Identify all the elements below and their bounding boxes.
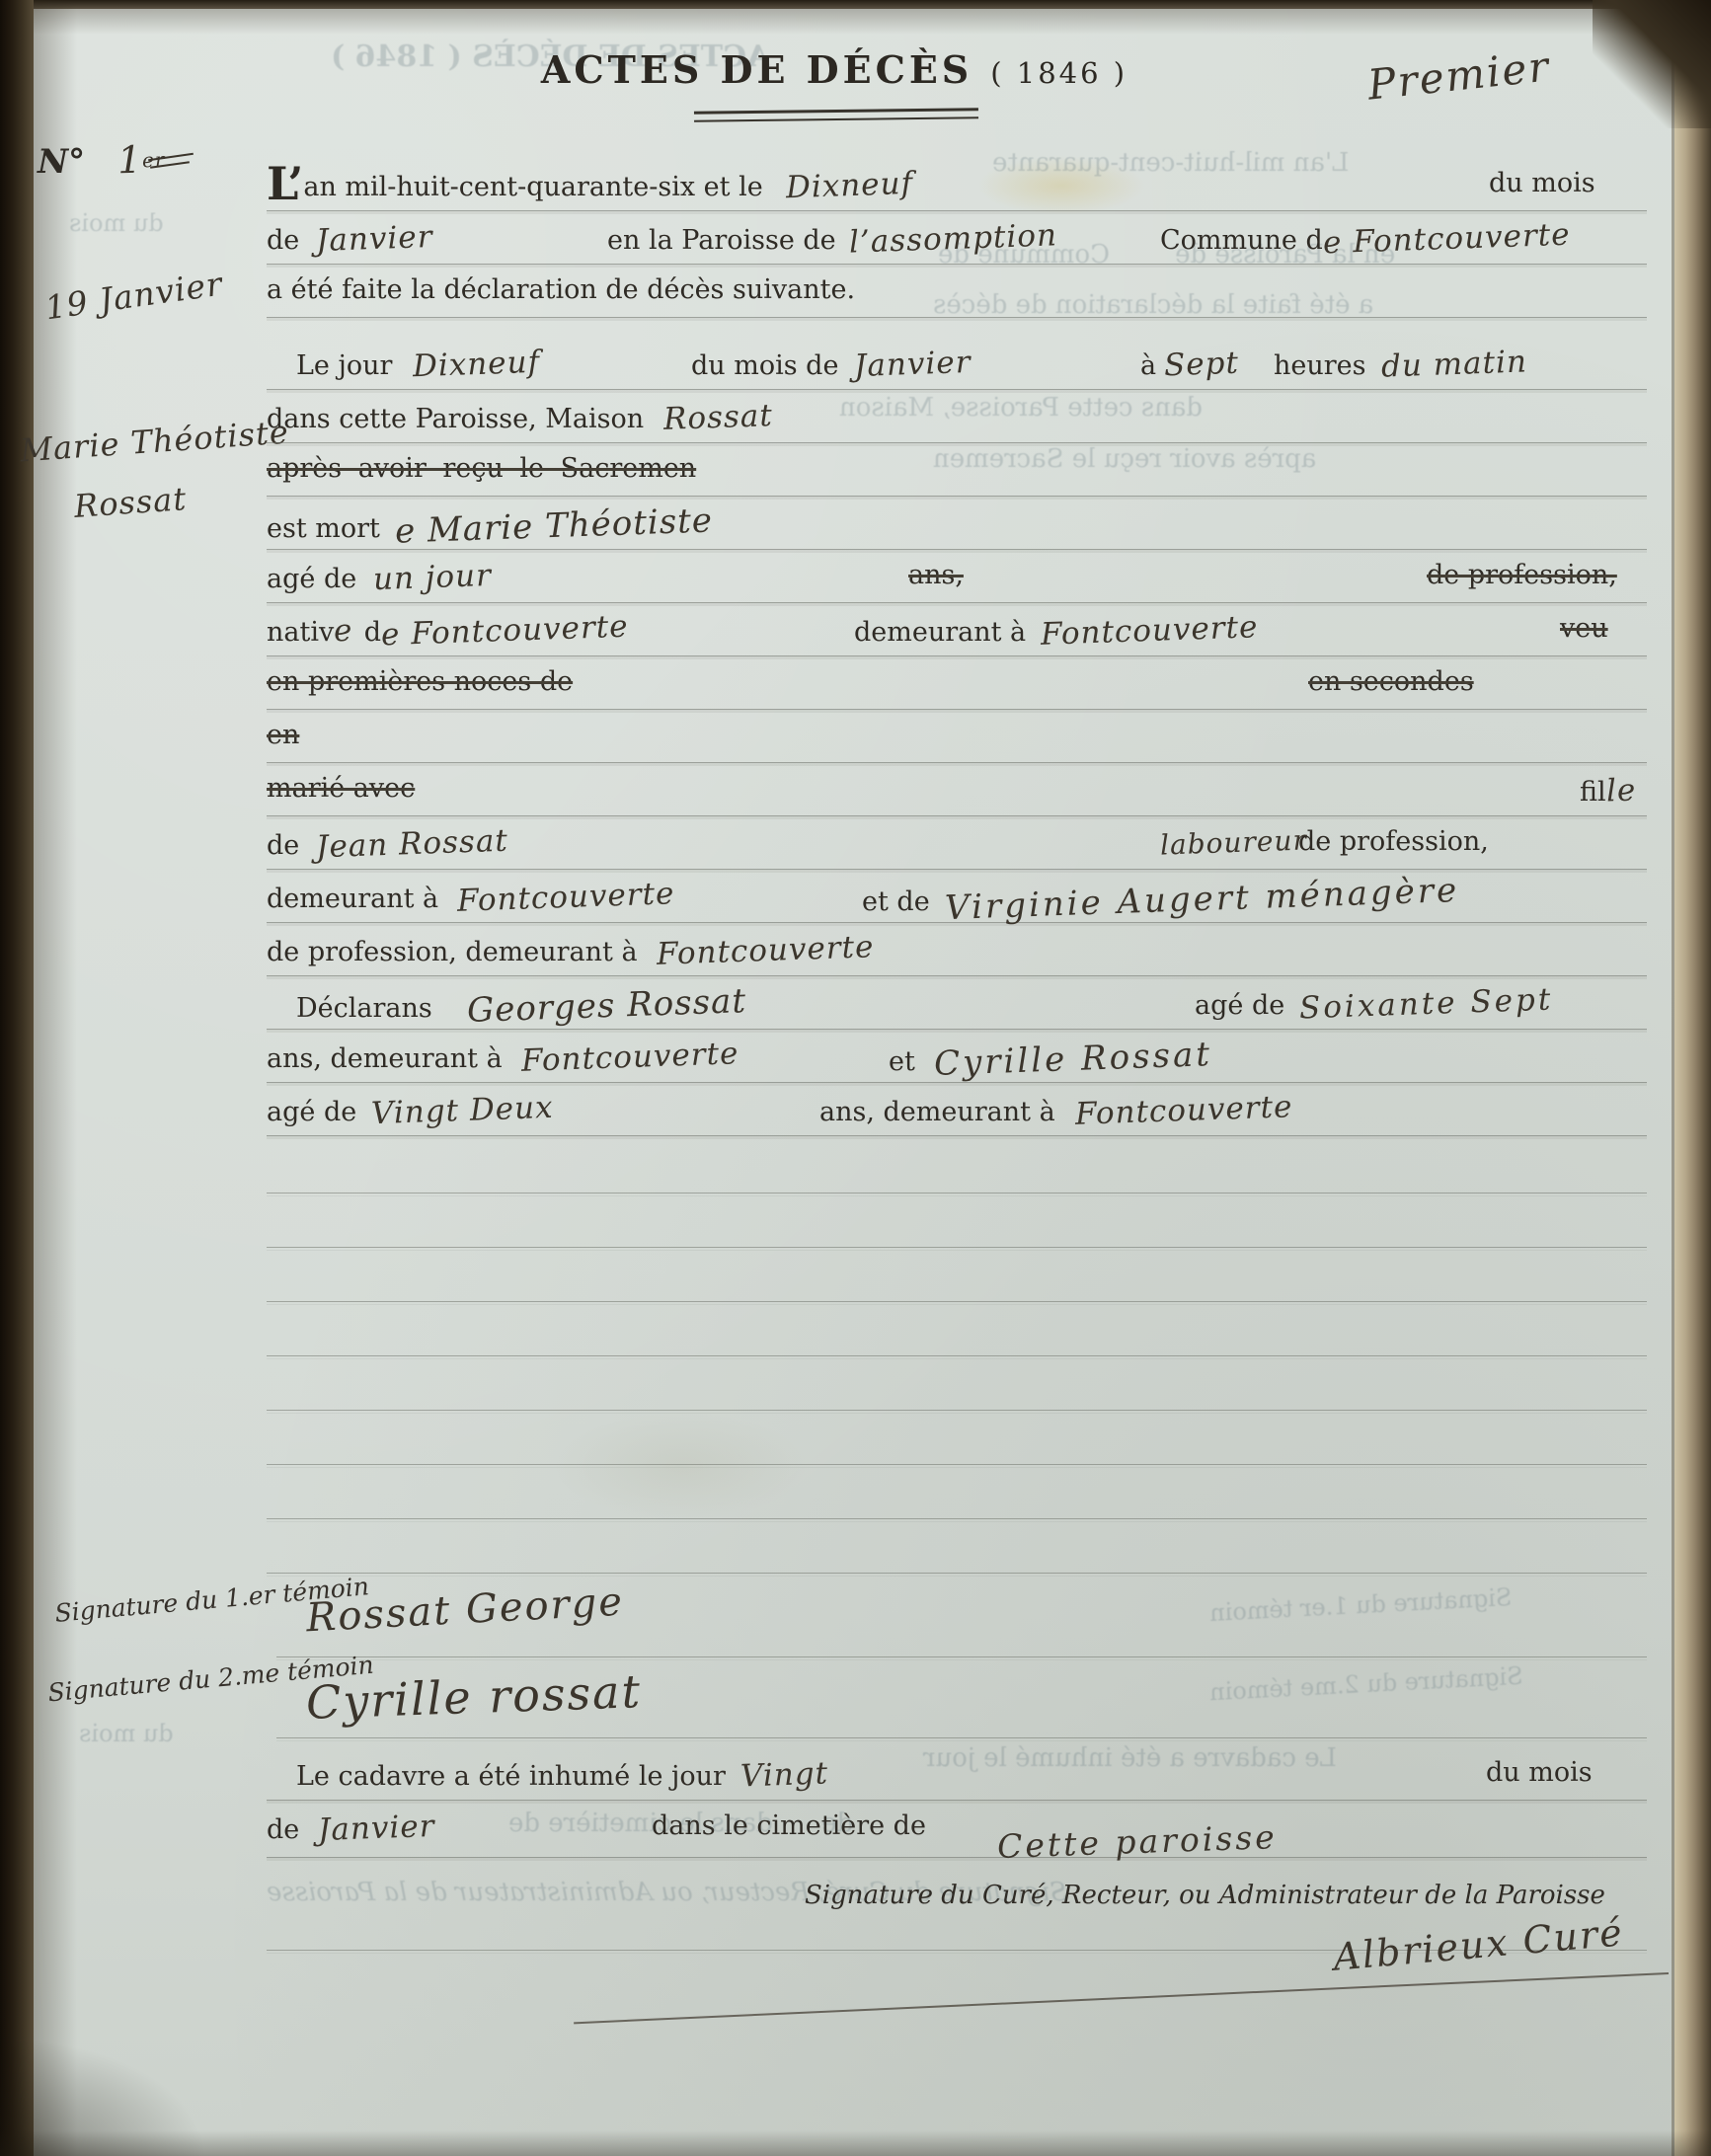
mother-group: et de Virginie Augert ménagère [862,880,1459,919]
form-line-declaration: a été faite la déclaration de décès suiv… [267,265,1647,318]
handwritten-father-name: Jean Rossat [316,823,509,866]
page-title: ACTES DE DÉCÈS [541,47,972,92]
handwritten-burial-month: Janvier [318,1809,436,1848]
hour-group: àSept [1140,346,1239,382]
cure-signature-label: Signature du Curé, Recteur, ou Administr… [805,1881,1605,1910]
blank-ruled-line [267,1247,1647,1248]
handwritten-commune: e Fontcouverte [1322,217,1571,262]
printed-text: ans, demeurant à [819,1097,1055,1127]
margin-deceased-name: Rossat [73,480,189,525]
printed-text: Déclarans [296,993,432,1024]
printed-text: agé de [267,1097,356,1127]
commune-group: Commune de Fontcouverte [1160,221,1570,257]
book-corner-bottom-left [0,2038,207,2156]
form-line-en: en [267,710,1647,763]
printed-text: dans le cimetière de [652,1810,926,1841]
printed-text: demeurant à [854,617,1026,648]
handwritten-parish: l’assomption [848,217,1057,260]
blank-ruled-line [267,1193,1647,1193]
book-corner-top-right [1593,0,1711,128]
declarant-age-group: agé de Soixante Sept [1195,986,1554,1022]
printed-text: de [267,225,299,256]
residence-group: demeurant à Fontcouverte [854,613,1259,649]
printed-text: en la Paroisse de [607,225,836,256]
printed-text: heures [1274,350,1366,381]
handwritten-day: Dixneuf [412,345,540,384]
printed-text: L’ [267,157,303,210]
time-of-day-group: heures du matin [1274,346,1526,382]
printed-text: de profession, demeurant à [267,937,638,967]
parish-group: en la Paroisse de l’assomption [607,221,1057,257]
form-line-age: agé de un jour ans, de profession, [267,550,1647,603]
paper-stain [553,1412,810,1520]
death-register-page: ACTES DE DÉCÈS ( 1846 ) du mois L'an mil… [0,0,1711,2156]
page-stack-edge [1674,0,1711,2156]
blank-ruled-line [267,1301,1647,1302]
form-line-birthplace: native de Fontcouverte demeurant à Fontc… [267,603,1647,656]
burial-line1: Le cadavre a été inhumé le jour Vingt du… [267,1747,1647,1801]
blank-ruled-line [267,1518,1647,1519]
handwritten-declarant2-age: Vingt Deux [371,1090,555,1131]
form-line-declarant2-age: agé de Vingt Deux ans, demeurant à Fontc… [267,1083,1647,1136]
printed-text-struck: marié avec [267,773,415,804]
handwritten-letter: e [334,613,354,650]
handwritten-declarant2-name: Cyrille Rossat [933,1035,1212,1084]
printed-text: dans cette Paroisse, Maison [267,404,644,434]
printed-text: du mois [1486,1757,1593,1788]
handwritten-birthplace: e Fontcouverte [380,609,629,654]
signature-rule [276,1737,1647,1738]
declarant2-residence-group: ans, demeurant à Fontcouverte [819,1093,1292,1128]
printed-text: du mois de [691,350,838,381]
printed-text: est mort [267,513,380,544]
handwritten-age: un jour [373,558,493,597]
form-line-parish-commune: de Janvier en la Paroisse de l’assomptio… [267,211,1647,265]
handwritten-declarant-age: Soixante Sept [1299,982,1554,1027]
printed-text: Le cadavre a été inhumé le jour [296,1761,726,1792]
form-line-sacrament: après avoir reçu le Sacremen [267,443,1647,497]
book-top-edge [0,0,1711,9]
signature-flourish [574,1972,1669,2024]
handwritten-month: Janvier [316,219,434,259]
printed-text-struck: après avoir reçu le Sacremen [267,453,696,484]
printed-text: a été faite la déclaration de décès suiv… [267,274,855,305]
printed-text-struck: ans, [908,560,964,590]
handwritten-deceased-name: e Marie Théotiste [394,500,713,551]
handwritten-residence: Fontcouverte [1074,1089,1292,1132]
bleedthrough-text: Signature du 2.me témoin [1208,1662,1523,1707]
fille-group: fille [1580,773,1636,808]
blank-ruled-line [267,1464,1647,1465]
blank-ruled-line [267,1410,1647,1411]
printed-text: et de [862,886,930,917]
cure-signature: Albrieux Curé [1332,1910,1626,1979]
printed-text: de [267,1814,299,1845]
form-line-day-hour: Le jour Dixneuf du mois de Janvier àSept… [267,337,1647,390]
handwritten-declarant-name: Georges Rossat [466,981,746,1031]
form-line-marriages: en premières noces de en secondes [267,656,1647,710]
signature-rule [276,1656,1647,1657]
form-line-deceased: est mort e Marie Théotiste [267,497,1647,550]
handwritten-residence: Fontcouverte [457,876,675,919]
printed-text: d [364,617,381,648]
book-binding [0,0,34,2156]
act-number-block: N° 1er [38,138,166,182]
witness2-signature: Cyrille rossat [305,1664,643,1730]
handwritten-hour: Sept [1164,346,1240,384]
form-line-house: dans cette Paroisse, Maison Rossat [267,390,1647,443]
bleedthrough-text: du mois [79,1720,174,1747]
month-group: du mois de Janvier [691,346,971,382]
handwritten-suffix: le [1605,772,1637,808]
printed-text: ans, demeurant à [267,1043,503,1074]
printed-text: demeurant à [267,884,438,914]
handwritten-burial-place: Cette paroisse [996,1817,1278,1866]
form-line-year: L’an mil-huit-cent-quarante-six et le Di… [267,158,1647,211]
printed-text: de [267,830,299,861]
printed-text-struck: veu [1560,613,1608,644]
printed-text: an mil-huit-cent-quarante-six et le [303,172,762,202]
title-underline [694,108,978,122]
blank-ruled-line [267,1355,1647,1356]
printed-text: Commune d [1160,225,1323,256]
handwritten-residence: Fontcouverte [656,929,874,972]
handwritten-father-profession: laboureur [1159,823,1307,861]
book-bottom-edge [0,2130,1711,2156]
burial-line2: de Janvier dans le cimetière de Cette pa… [267,1801,1647,1858]
act-number-value: 1 [117,138,143,183]
handwritten-burial-day: Vingt [739,1755,828,1794]
printed-text-struck: de profession, [1427,560,1617,590]
handwritten-residence: Fontcouverte [1041,609,1259,653]
page-title-year: ( 1846 ) [990,56,1128,90]
book-top-edge-shadow [0,9,1711,35]
printed-text: nativ [267,617,334,648]
printed-text: agé de [1195,990,1284,1021]
printed-text: du mois [1489,168,1595,198]
form-line-mother: demeurant à Fontcouverte et de Virginie … [267,870,1647,923]
printed-text: Le jour [296,350,392,381]
form-line-father: de Jean Rossat laboureur de profession, [267,816,1647,870]
blank-ruled-line [267,1573,1647,1574]
handwritten-day: Dixneuf [785,166,913,205]
handwritten-residence: Fontcouverte [520,1036,739,1079]
page-header: ACTES DE DÉCÈS( 1846 ) [484,47,1185,92]
printed-text: de profession, [1298,826,1489,857]
printed-text-struck: en [267,720,299,750]
bleedthrough-text: du mois [69,209,164,237]
printed-text: agé de [267,564,356,594]
form-line-declarant1: Déclarans Georges Rossat agé de Soixante… [267,976,1647,1030]
printed-text-struck: en premières noces de [267,666,573,697]
form-line-declarant2: ans, demeurant à Fontcouverte et Cyrille… [267,1030,1647,1083]
handwritten-month: Janvier [853,345,972,384]
declarant2-group: et Cyrille Rossat [889,1039,1212,1079]
handwritten-house-name: Rossat [663,398,774,437]
handwritten-time-of-day: du matin [1380,344,1527,384]
bleedthrough-text: Signature du 1.er témoin [1208,1583,1513,1627]
printed-text-struck: en secondes [1308,666,1474,697]
folio-handwritten-note: Premier [1365,41,1552,109]
printed-text: à [1140,350,1156,381]
act-number-label: N° [38,142,85,182]
printed-text: fil [1580,777,1606,808]
printed-text: et [889,1046,915,1077]
form-line-spouse: marié avec fille [267,763,1647,816]
handwritten-mother-name: Virginie Augert ménagère [944,871,1459,928]
form-line-mother-residence: de profession, demeurant à Fontcouverte [267,923,1647,976]
